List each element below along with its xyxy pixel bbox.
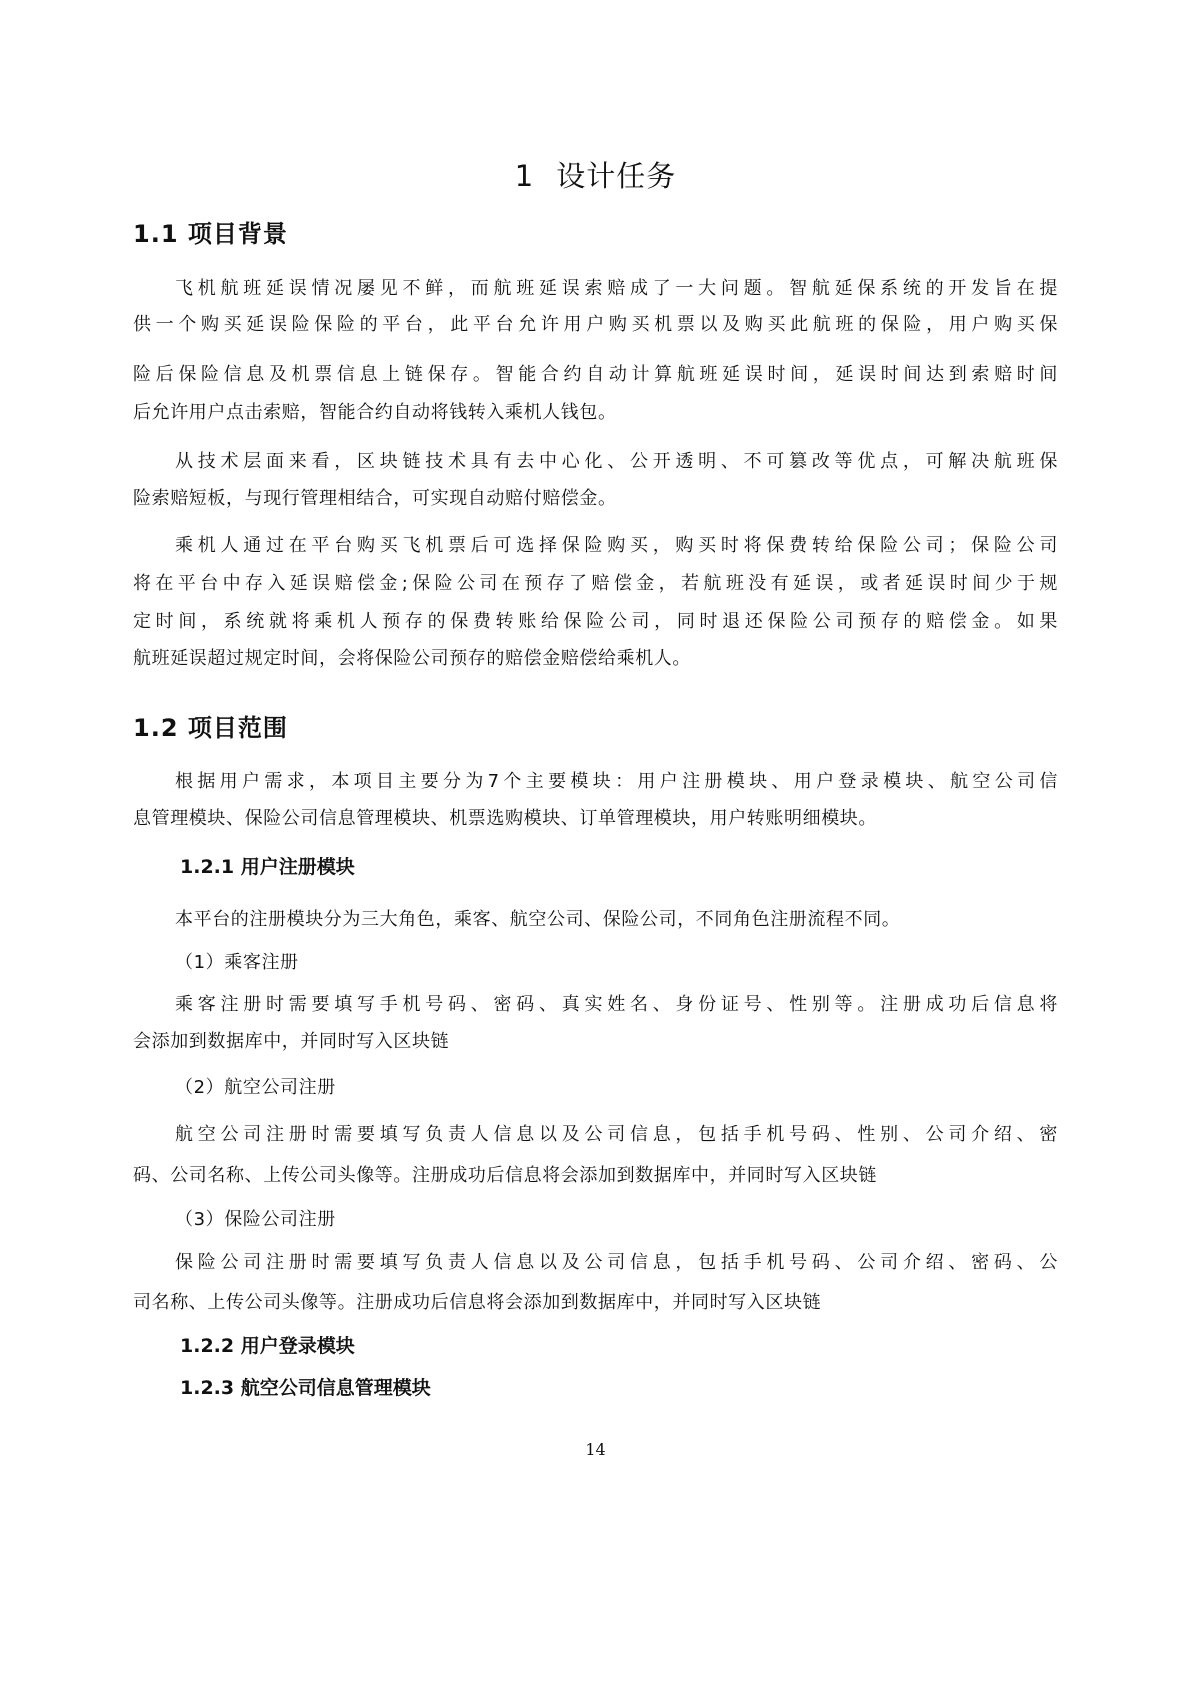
paragraph-line: 将在平台中存入延误赔偿金;保险公司在预存了赔偿金，若航班没有延误，或者延误时间少… (133, 575, 1058, 593)
subsection-heading-1-2-1: 1.2.1 用户注册模块 (180, 858, 355, 877)
paragraph-line: 会添加到数据库中，并同时写入区块链 (133, 1033, 1058, 1051)
paragraph-line: 后允许用户点击索赔，智能合约自动将钱转入乘机人钱包。 (133, 404, 1058, 422)
paragraph-line: 保险公司注册时需要填写负责人信息以及公司信息，包括手机号码、公司介绍、密码、公 (175, 1254, 1058, 1272)
paragraph-line: 乘客注册时需要填写手机号码、密码、真实姓名、身份证号、性别等。注册成功后信息将 (175, 996, 1058, 1014)
list-item-label: （1）乘客注册 (175, 954, 1100, 972)
chapter-title: 1设计任务 (0, 162, 1191, 191)
list-item-label: （2）航空公司注册 (175, 1079, 1100, 1097)
section-heading-1-2: 1.2 项目范围 (133, 716, 288, 740)
paragraph-line: 飞机航班延误情况屡见不鲜，而航班延误索赔成了一大问题。智航延保系统的开发旨在提 (175, 280, 1058, 298)
page-number: 14 (0, 1442, 1191, 1458)
paragraph-line: 息管理模块、保险公司信息管理模块、机票选购模块、订单管理模块，用户转账明细模块。 (133, 810, 1058, 828)
chapter-title-text: 设计任务 (556, 159, 676, 193)
paragraph-line: 航空公司注册时需要填写负责人信息以及公司信息，包括手机号码、性别、公司介绍、密 (175, 1126, 1058, 1144)
list-item-label: （3）保险公司注册 (175, 1211, 1100, 1229)
paragraph-line: 从技术层面来看，区块链技术具有去中心化、公开透明、不可篡改等优点，可解决航班保 (175, 453, 1058, 471)
paragraph-line: 险后保险信息及机票信息上链保存。智能合约自动计算航班延误时间，延误时间达到索赔时… (133, 366, 1058, 384)
paragraph-line: 航班延误超过规定时间，会将保险公司预存的赔偿金赔偿给乘机人。 (133, 650, 1058, 668)
paragraph-line: 本平台的注册模块分为三大角色，乘客、航空公司、保险公司，不同角色注册流程不同。 (175, 911, 1100, 929)
subsection-heading-1-2-3: 1.2.3 航空公司信息管理模块 (180, 1379, 431, 1398)
paragraph-line: 码、公司名称、上传公司头像等。注册成功后信息将会添加到数据库中，并同时写入区块链 (133, 1167, 1058, 1185)
section-heading-1-1: 1.1 项目背景 (133, 222, 288, 246)
paragraph-line: 险索赔短板，与现行管理相结合，可实现自动赔付赔偿金。 (133, 490, 1058, 508)
paragraph-line: 定时间，系统就将乘机人预存的保费转账给保险公司，同时退还保险公司预存的赔偿金。如… (133, 613, 1058, 631)
paragraph-line: 根据用户需求，本项目主要分为7个主要模块：用户注册模块、用户登录模块、航空公司信 (175, 773, 1058, 791)
paragraph-line: 供一个购买延误险保险的平台，此平台允许用户购买机票以及购买此航班的保险，用户购买… (133, 316, 1058, 334)
paragraph-line: 司名称、上传公司头像等。注册成功后信息将会添加到数据库中，并同时写入区块链 (133, 1294, 1058, 1312)
paragraph-line: 乘机人通过在平台购买飞机票后可选择保险购买，购买时将保费转给保险公司；保险公司 (175, 537, 1058, 555)
chapter-number: 1 (515, 159, 534, 193)
subsection-heading-1-2-2: 1.2.2 用户登录模块 (180, 1337, 355, 1356)
